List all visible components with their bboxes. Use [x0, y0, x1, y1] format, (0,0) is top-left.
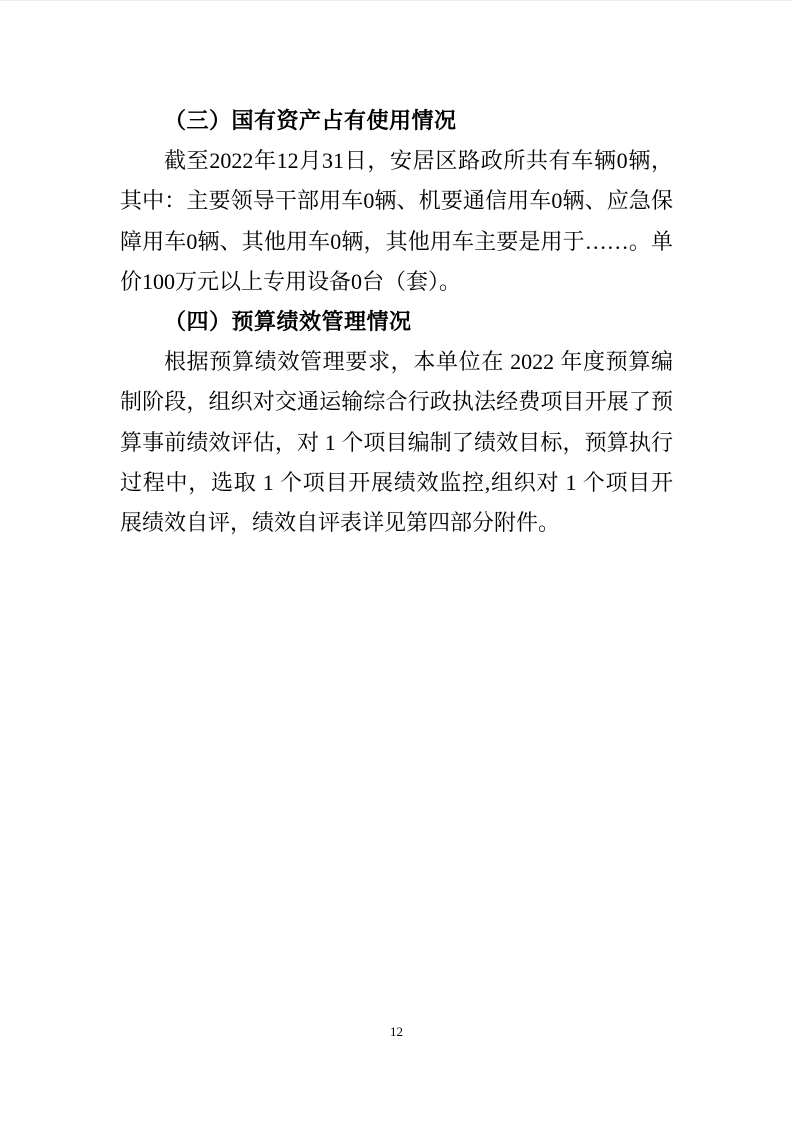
document-page: （三）国有资产占有使用情况 截至2022年12月31日，安居区路政所共有车辆0辆… — [0, 0, 793, 1122]
section-heading-state-assets: （三）国有资产占有使用情况 — [120, 101, 673, 141]
section-paragraph-state-assets: 截至2022年12月31日，安居区路政所共有车辆0辆，其中：主要领导干部用车0辆… — [120, 141, 673, 302]
section-paragraph-budget-performance: 根据预算绩效管理要求，本单位在 2022 年度预算编制阶段，组织对交通运输综合行… — [120, 342, 673, 543]
document-body: （三）国有资产占有使用情况 截至2022年12月31日，安居区路政所共有车辆0辆… — [120, 101, 673, 543]
section-heading-budget-performance: （四）预算绩效管理情况 — [120, 302, 673, 342]
page-number: 12 — [0, 1023, 793, 1041]
